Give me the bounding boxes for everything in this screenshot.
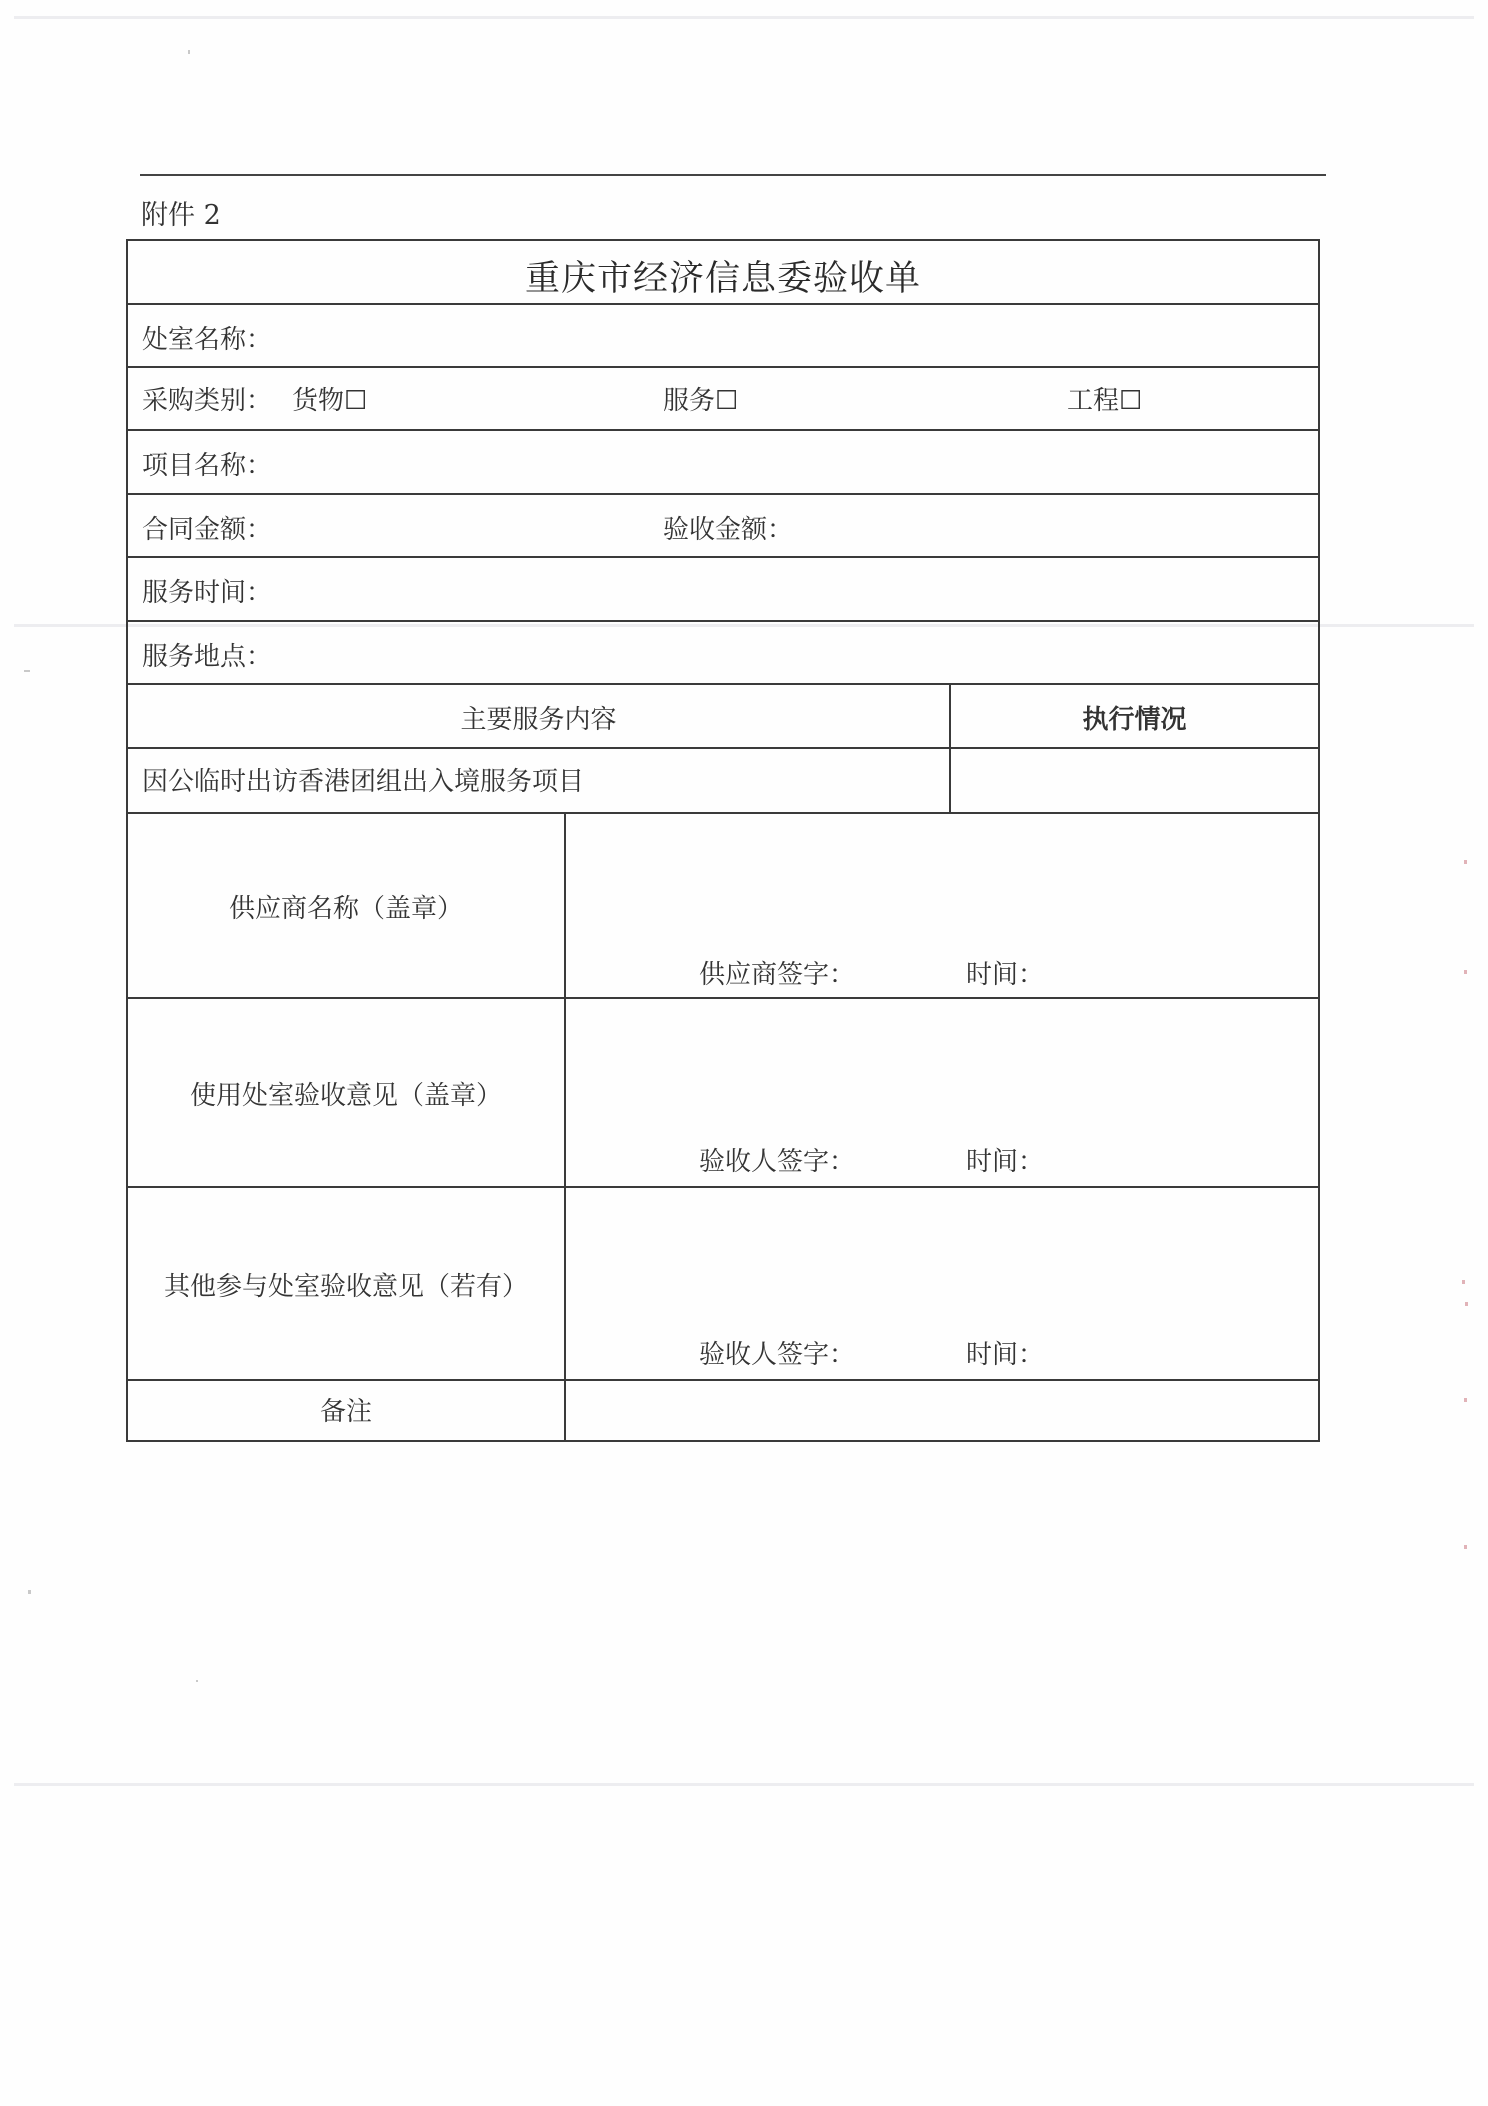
other-department-section: 其他参与处室验收意见（若有） 验收人签字： 时间：	[128, 1188, 1318, 1381]
service-table-row: 因公临时出访香港团组出入境服务项目	[128, 749, 1318, 814]
form-title: 重庆市经济信息委验收单	[128, 259, 1318, 299]
service-location-label: 服务地点：	[142, 642, 272, 672]
remarks-row: 备注	[128, 1381, 1318, 1442]
checkbox-icon[interactable]: ☐	[715, 386, 738, 416]
header-main-content: 主要服务内容	[128, 705, 949, 735]
column-divider	[564, 1381, 566, 1442]
option-services[interactable]: 服务☐	[663, 386, 738, 416]
column-divider	[564, 999, 566, 1186]
acceptance-form: 重庆市经济信息委验收单 处室名称： 采购类别： 货物☐ 服务☐ 工程☐ 项目名称…	[126, 239, 1320, 1442]
header-rule	[140, 174, 1326, 176]
supplier-label: 供应商名称（盖章）	[128, 894, 564, 924]
option-services-label: 服务	[663, 386, 715, 416]
other-department-label: 其他参与处室验收意见（若有）	[128, 1272, 564, 1302]
scan-speck	[24, 670, 30, 672]
column-divider	[564, 1188, 566, 1379]
service-time-row: 服务时间：	[128, 558, 1318, 622]
scan-speck	[1464, 1398, 1467, 1402]
column-divider	[564, 814, 566, 997]
amount-row: 合同金额： 验收金额：	[128, 495, 1318, 558]
scan-speck	[1464, 1545, 1467, 1549]
supplier-time-label[interactable]: 时间：	[966, 960, 1044, 990]
scan-speck	[28, 1590, 31, 1594]
inspector-signature-label[interactable]: 验收人签字：	[699, 1147, 855, 1177]
department-row: 处室名称：	[128, 305, 1318, 368]
service-content: 因公临时出访香港团组出入境服务项目	[142, 767, 584, 797]
service-table-header: 主要服务内容 执行情况	[128, 685, 1318, 749]
scan-speck	[1462, 1280, 1465, 1284]
service-location-row: 服务地点：	[128, 622, 1318, 685]
header-execution-status: 执行情况	[951, 705, 1318, 735]
using-department-section: 使用处室验收意见（盖章） 验收人签字： 时间：	[128, 999, 1318, 1188]
department-name-label: 处室名称：	[142, 325, 272, 355]
option-engineering-label: 工程	[1067, 386, 1119, 416]
scan-artifact-line	[14, 16, 1474, 19]
project-name-row: 项目名称：	[128, 431, 1318, 495]
procurement-type-row: 采购类别： 货物☐ 服务☐ 工程☐	[128, 368, 1318, 431]
option-goods[interactable]: 货物☐	[292, 386, 367, 416]
scan-speck	[196, 1680, 198, 1682]
other-inspector-signature-label[interactable]: 验收人签字：	[699, 1340, 855, 1370]
other-inspector-time-label[interactable]: 时间：	[966, 1340, 1044, 1370]
scan-artifact-line	[14, 1783, 1474, 1786]
service-time-label: 服务时间：	[142, 578, 272, 608]
project-name-label: 项目名称：	[142, 451, 272, 481]
scan-speck	[1464, 970, 1467, 974]
scan-speck	[188, 50, 190, 54]
using-department-label: 使用处室验收意见（盖章）	[128, 1081, 564, 1111]
supplier-signature-label[interactable]: 供应商签字：	[699, 960, 855, 990]
checkbox-icon[interactable]: ☐	[1119, 386, 1142, 416]
attachment-label: 附件 2	[141, 200, 221, 232]
procurement-type-label: 采购类别：	[142, 386, 272, 416]
acceptance-amount-label: 验收金额：	[663, 515, 793, 545]
inspector-time-label[interactable]: 时间：	[966, 1147, 1044, 1177]
column-divider	[949, 749, 951, 812]
contract-amount-label: 合同金额：	[142, 515, 272, 545]
supplier-section: 供应商名称（盖章） 供应商签字： 时间：	[128, 814, 1318, 999]
checkbox-icon[interactable]: ☐	[344, 386, 367, 416]
option-goods-label: 货物	[292, 386, 344, 416]
option-engineering[interactable]: 工程☐	[1067, 386, 1142, 416]
scan-speck	[1464, 860, 1467, 864]
remarks-label: 备注	[128, 1397, 564, 1427]
scan-speck	[1465, 1302, 1468, 1306]
title-row: 重庆市经济信息委验收单	[128, 241, 1318, 305]
